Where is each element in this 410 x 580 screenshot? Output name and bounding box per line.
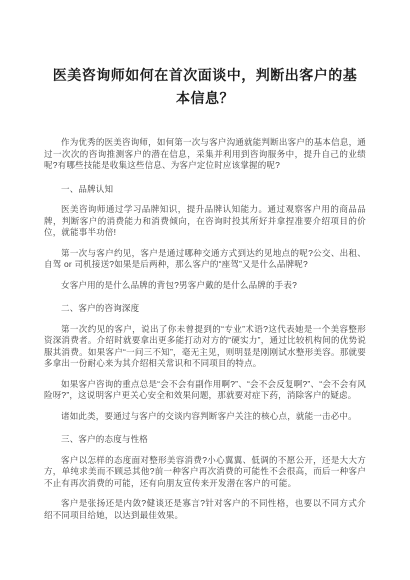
section-heading-attitude-personality: 三、客户的态度与性格: [44, 434, 366, 446]
paragraph: 如果客户咨询的重点总是“会不会有副作用啊?”、“会不会反复啊?”、“会不会有风险…: [44, 379, 366, 402]
paragraph: 诸如此类，要通过与客户的交谈内容判断客户关注的核心点，就能一击必中。: [44, 411, 366, 423]
paragraph: 女客户用的是什么品牌的背包?男客户戴的是什么品牌的手表?: [44, 280, 366, 292]
paragraph: 第一次约见的客户，说出了你未曾提到的“专业”术语?这代表她是一个美容整形资深消费…: [44, 324, 366, 370]
section-heading-consult-depth: 二、客户的咨询深度: [44, 303, 366, 315]
section-heading-brand-awareness: 一、品牌认知: [44, 184, 366, 196]
paragraph: 医美咨询师通过学习品牌知识，提升品牌认知能力。通过观察客户用的商品品牌，判断客户…: [44, 204, 366, 239]
paragraph: 第一次与客户约见，客户是通过哪种交通方式到达约见地点的呢?公交、出租、自驾 or…: [44, 248, 366, 271]
intro-paragraph: 作为优秀的医美咨询师，如何第一次与客户沟通就能判断出客户的基本信息，通过一次次的…: [44, 137, 366, 172]
paragraph: 客户以怎样的态度面对整形美容消费?小心翼翼、低调的不愿公开，还是大大方方，单纯求…: [44, 455, 366, 490]
document-page: 医美咨询师如何在首次面谈中，判断出客户的基本信息？ 作为优秀的医美咨询师，如何第…: [0, 0, 410, 580]
paragraph: 客户是张扬还是内敛?健谈还是寡言?针对客户的不同性格，也要以不同方式介绍不同项目…: [44, 498, 366, 521]
page-title: 医美咨询师如何在首次面谈中，判断出客户的基本信息？: [46, 64, 364, 110]
